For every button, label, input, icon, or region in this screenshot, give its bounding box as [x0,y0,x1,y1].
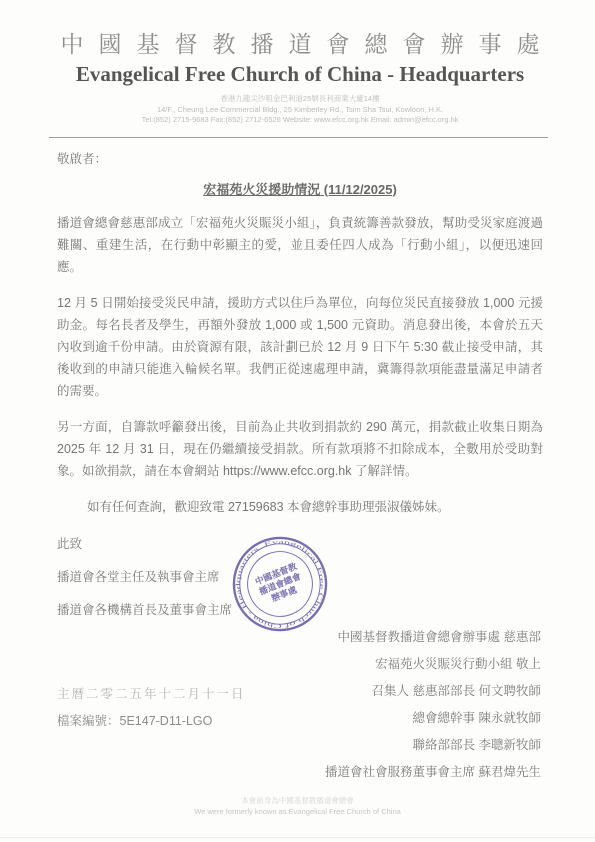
signature-line-org: 中國基督教播道會總會辦事處 慈惠部 [57,624,541,651]
org-address-chinese: 香港九龍尖沙咀金巴利道25號長利商業大廈14樓 [57,94,543,105]
org-english-title: Evangelical Free Church of China - Headq… [57,62,543,87]
signature-block: 中國基督教播道會總會辦事處 慈惠部 宏福苑火災賑災行動小組 敬上 召集人 慈惠部… [57,624,543,786]
header-divider [49,137,548,138]
footer-chinese-note: 本會前身為中國基督教播道會總會 [0,795,595,806]
letter-paragraph-2: 12 月 5 日開始接受災民申請，援助方式以住戶為單位，向每位災民直接發放 1,… [57,292,543,402]
addressee-line-2: 播道會各機構首長及董事會主席 [57,600,543,618]
letter-paragraph-1: 播道會總會慈惠部成立「宏福苑火災賑災小組」，負責統籌善款發放，幫助受災家庭渡過難… [57,212,543,278]
letter-paragraph-4: 如有任何查詢，歡迎致電 27159683 本會總幹事助理張淑儀姊妹。 [57,496,543,518]
scan-edge-line [0,837,595,838]
date-line: 主曆二零二五年十二月十一日 [57,684,246,702]
letter-paragraph-3: 另一方面，自籌款呼籲發出後，目前為止共收到捐款約 290 萬元，捐款截止收集日期… [57,416,543,482]
addressee-line-1: 播道會各堂主任及執事會主席 [57,567,543,585]
letterhead: 中國基督教播道會總會辦事處 Evangelical Free Church of… [57,26,543,126]
subject-title: 宏福苑火災援助情況 (11/12/2025) [57,179,543,198]
signature-line-taskforce: 宏福苑火災賑災行動小組 敬上 [57,651,541,678]
page-footer: 本會前身為中國基督教播道會總會 We were formerly known a… [0,795,595,817]
salutation: 敬啟者： [57,149,543,167]
closing-phrase: 此致 [57,534,543,552]
org-chinese-title: 中國基督教播道會總會辦事處 [57,26,558,59]
file-number: 檔案編號：5E147-D11-LGO [57,711,212,729]
signature-line-liaison: 聯絡部部長 李聰新牧師 [57,732,541,759]
org-address-english: 14/F., Cheung Lee Commercial Bldg., 25 K… [57,105,543,116]
signature-line-social-service: 播道會社會服務董事會主席 蘇君煒先生 [57,759,541,786]
org-contact-line: Tel:(852) 2715-9683 Fax:(852) 2712-6526 … [57,115,543,126]
footer-english-note: We were formerly known as Evangelical Fr… [0,806,595,817]
org-address-block: 香港九龍尖沙咀金巴利道25號長利商業大廈14樓 14/F., Cheung Le… [57,94,543,126]
